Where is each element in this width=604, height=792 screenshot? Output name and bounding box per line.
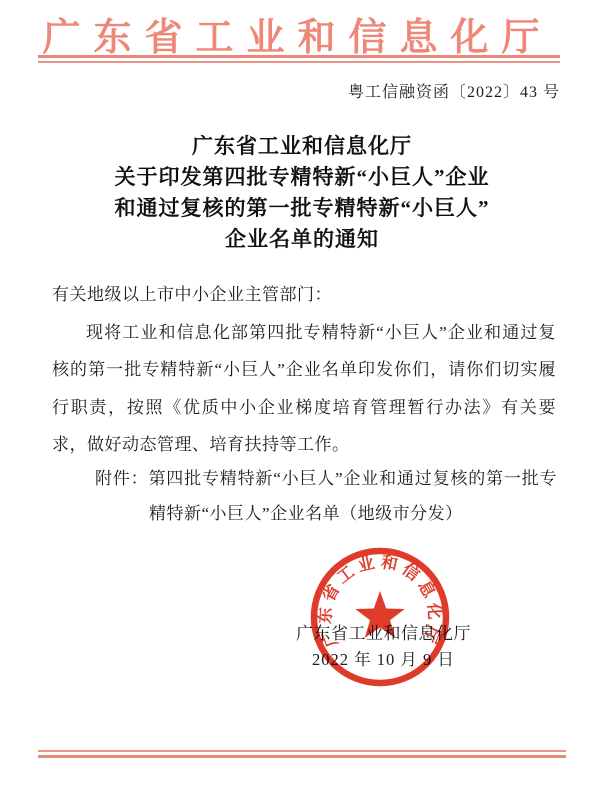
document-title: 广东省工业和信息化厅 关于印发第四批专精特新“小巨人”企业 和通过复核的第一批专…	[0, 131, 604, 255]
body-paragraph: 现将工业和信息化部第四批专精特新“小巨人”企业和通过复核的第一批专精特新“小巨人…	[52, 314, 556, 464]
signature-agency: 广东省工业和信息化厅	[296, 619, 471, 644]
title-line-2: 关于印发第四批专精特新“小巨人”企业	[0, 162, 604, 193]
attachment-note: 附件：第四批专精特新“小巨人”企业和通过复核的第一批专精特新“小巨人”企业名单（…	[95, 461, 557, 531]
salutation-line: 有关地级以上市中小企业主管部门：	[52, 276, 556, 314]
attachment-label: 附件：	[95, 469, 148, 488]
letterhead-rule-thick	[38, 55, 560, 58]
document-body: 有关地级以上市中小企业主管部门： 现将工业和信息化部第四批专精特新“小巨人”企业…	[52, 276, 556, 464]
title-line-4: 企业名单的通知	[0, 224, 604, 255]
title-line-1: 广东省工业和信息化厅	[0, 131, 604, 162]
footer-rule-thick	[38, 755, 566, 758]
footer-rule-thin	[38, 750, 566, 752]
signature-date: 2022 年 10 月 9 日	[312, 646, 455, 670]
attachment-text: 第四批专精特新“小巨人”企业和通过复核的第一批专精特新“小巨人”企业名单（地级市…	[148, 469, 557, 523]
letterhead-agency-name: 广东省工业和信息化厅	[0, 6, 595, 61]
letterhead-rule-thin	[38, 61, 560, 63]
title-line-3: 和通过复核的第一批专精特新“小巨人”	[0, 193, 604, 224]
document-number: 粤工信融资函〔2022〕43 号	[348, 79, 560, 102]
official-document-page: 广东省工业和信息化厅 粤工信融资函〔2022〕43 号 广东省工业和信息化厅 关…	[0, 0, 604, 792]
